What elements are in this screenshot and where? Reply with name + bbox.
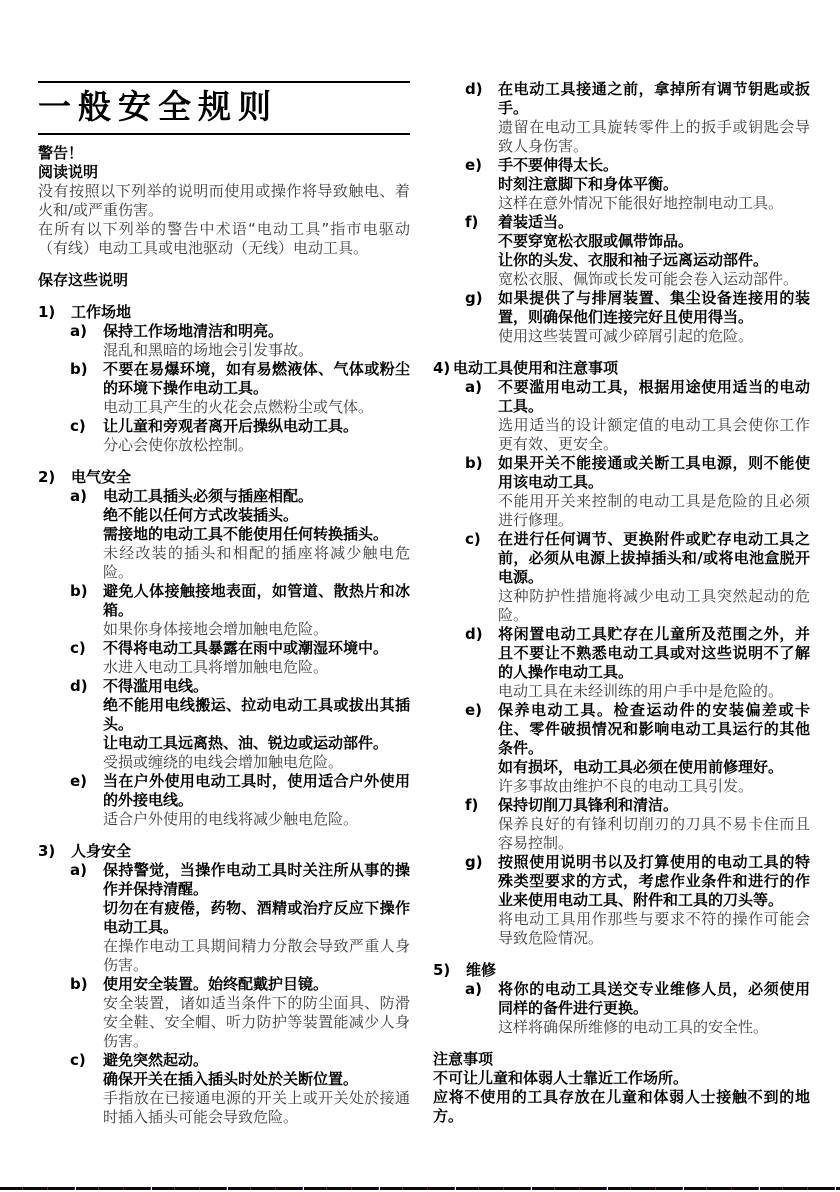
section-title: 电气安全 [71,468,131,487]
item-instruction-line: 不要穿宽松衣服或佩带饰品。 [498,232,810,251]
section-title: 工作场地 [71,303,131,322]
notes-lines: 不可让儿童和体弱人士靠近工作场所。应将不使用的工具存放在儿童和体弱人士接触不到的… [433,1069,810,1126]
list-item: a)不要滥用电动工具，根据用途使用适当的电动工具。选用适当的设计额定值的电动工具… [465,378,810,454]
item-instruction-line: 如果开关不能接通或关断工具电源，则不能使用该电动工具。 [498,454,810,492]
item-body: 将闲置电动工具贮存在儿童所及范围之外，并且不要让不熟悉电动工具或对这些说明不了解… [498,625,810,701]
item-explanation-line: 选用适当的设计额定值的电动工具会使你工作更有效、更安全。 [498,416,810,454]
list-item: a)保持工作场地清洁和明亮。混乱和黑暗的场地会引发事故。 [70,322,410,360]
item-letter: f) [465,796,498,853]
item-explanation-line: 未经改装的插头和相配的插座将减少触电危险。 [103,544,410,582]
item-explanation-line: 在操作电动工具期间精力分散会导致严重人身伤害。 [103,937,410,975]
item-letter: c) [70,1051,103,1127]
list-item: a)保持警觉，当操作电动工具时关注所从事的操作并保持清醒。切勿在有疲倦，药物、酒… [70,861,410,975]
item-body: 按照使用说明书以及打算使用的电动工具的特殊类型要求的方式，考虑作业条件和进行的作… [498,853,810,948]
save-instructions-label: 保存这些说明 [38,271,410,290]
item-explanation-line: 电动工具在未经训练的用户手中是危险的。 [498,682,810,701]
list-item: a)将你的电动工具送交专业维修人员，必须使用同样的备件进行更换。这样将确保所维修… [465,980,810,1037]
section: 2)电气安全a)电动工具插头必须与插座相配。绝不能以任何方式改装插头。需接地的电… [38,468,410,829]
item-body: 当在户外使用电动工具时，使用适合户外使用的外接电线。适合户外使用的电线将减少触电… [103,772,410,829]
item-explanation-line: 这种防护性措施将减少电动工具突然起动的危险。 [498,587,810,625]
item-letter: a) [70,322,103,360]
item-instruction-line: 着装适当。 [498,213,810,232]
item-letter: e) [70,772,103,829]
item-explanation-line: 分心会使你放松控制。 [103,436,410,455]
item-body: 在进行任何调节、更换附件或贮存电动工具之前，必须从电源上拔掉插头和/或将电池盒脱… [498,530,810,625]
item-explanation-line: 这样将确保所维修的电动工具的安全性。 [498,1018,810,1037]
item-instruction-line: 让你的头发、衣服和袖子远离运动部件。 [498,251,810,270]
item-instruction-line: 使用安全装置。始终配戴护目镜。 [103,975,410,994]
notes-title: 注意事项 [433,1050,810,1069]
item-body: 如果提供了与排屑装置、集尘设备连接用的装置，则确保他们连接完好且使用得当。使用这… [498,289,810,346]
item-instruction-line: 切勿在有疲倦，药物、酒精或治疗反应下操作电动工具。 [103,899,410,937]
item-body: 不得滥用电线。绝不能用电线搬运、拉动电动工具或拔出其插头。让电动工具远离热、油、… [103,677,410,772]
item-body: 让儿童和旁观者离开后操纵电动工具。分心会使你放松控制。 [103,417,410,455]
item-body: 使用安全装置。始终配戴护目镜。安全装置，诸如适当条件下的防尘面具、防滑安全鞋、安… [103,975,410,1051]
section-heading: 4)电动工具使用和注意事项 [433,359,810,378]
list-item: f)保持切削刀具锋利和清洁。保养良好的有锋利切削刃的刀具不易卡住而且容易控制。 [465,796,810,853]
item-instruction-line: 保持警觉，当操作电动工具时关注所从事的操作并保持清醒。 [103,861,410,899]
item-instruction-line: 避免突然起动。 [103,1051,410,1070]
section: 5)维修a)将你的电动工具送交专业维修人员，必须使用同样的备件进行更换。这样将确… [433,961,810,1037]
page-bottom-scan-line [0,1187,840,1190]
item-instruction-line: 在电动工具接通之前，拿掉所有调节钥匙或扳手。 [498,80,810,118]
item-letter: b) [465,454,498,530]
list-item: d)不得滥用电线。绝不能用电线搬运、拉动电动工具或拔出其插头。让电动工具远离热、… [70,677,410,772]
item-explanation-line: 遗留在电动工具旋转零件上的扳手或钥匙会导致人身伤害。 [498,118,810,156]
item-explanation-line: 手指放在已接通电源的开关上或开关处於接通时插入插头可能会导致危险。 [103,1089,410,1127]
item-letter: g) [465,853,498,948]
item-instruction-line: 不要滥用电动工具，根据用途使用适当的电动工具。 [498,378,810,416]
list-item: c)让儿童和旁观者离开后操纵电动工具。分心会使你放松控制。 [70,417,410,455]
item-explanation-line: 适合户外使用的电线将减少触电危险。 [103,810,410,829]
section-heading: 1)工作场地 [38,303,410,322]
item-letter: e) [465,156,498,213]
list-item: b)避免人体接触接地表面，如管道、散热片和冰箱。如果你身体接地会增加触电危险。 [70,582,410,639]
item-explanation-line: 如果你身体接地会增加触电危险。 [103,620,410,639]
intro-paragraph: 在所有以下列举的警告中术语“电动工具”指市电驱动（有线）电动工具或电池驱动（无线… [38,220,410,258]
item-instruction-line: 让电动工具远离热、油、锐边或运动部件。 [103,734,410,753]
list-item: f)着装适当。不要穿宽松衣服或佩带饰品。让你的头发、衣服和袖子远离运动部件。宽松… [465,213,810,289]
list-item: c)避免突然起动。确保开关在插入插头时处於关断位置。手指放在已接通电源的开关上或… [70,1051,410,1127]
item-explanation-line: 安全装置，诸如适当条件下的防尘面具、防滑安全鞋、安全帽、听力防护等装置能减少人身… [103,994,410,1051]
item-body: 保养电动工具。检查运动件的安装偏差或卡住、零件破损情况和影响电动工具运行的其他条… [498,701,810,796]
item-explanation-line: 电动工具产生的火花会点燃粉尘或气体。 [103,398,410,417]
item-instruction-line: 如果提供了与排屑装置、集尘设备连接用的装置，则确保他们连接完好且使用得当。 [498,289,810,327]
item-letter: a) [70,487,103,582]
section-title: 人身安全 [71,842,131,861]
item-instruction-line: 不得滥用电线。 [103,677,410,696]
item-instruction-line: 将你的电动工具送交专业维修人员，必须使用同样的备件进行更换。 [498,980,810,1018]
item-instruction-line: 电动工具插头必须与插座相配。 [103,487,410,506]
item-instruction-line: 保养电动工具。检查运动件的安装偏差或卡住、零件破损情况和影响电动工具运行的其他条… [498,701,810,758]
notes-line: 不可让儿童和体弱人士靠近工作场所。 [433,1069,810,1088]
list-item: c)不得将电动工具暴露在雨中或潮湿环境中。水进入电动工具将增加触电危险。 [70,639,410,677]
section: 1)工作场地a)保持工作场地清洁和明亮。混乱和黑暗的场地会引发事故。b)不要在易… [38,303,410,455]
section-heading: 3)人身安全 [38,842,410,861]
item-body: 保持切削刀具锋利和清洁。保养良好的有锋利切削刃的刀具不易卡住而且容易控制。 [498,796,810,853]
item-instruction-line: 需接地的电动工具不能使用任何转换插头。 [103,525,410,544]
section-number: 1) [38,303,71,322]
item-body: 在电动工具接通之前，拿掉所有调节钥匙或扳手。遗留在电动工具旋转零件上的扳手或钥匙… [498,80,810,156]
section-heading: 5)维修 [433,961,810,980]
list-item: g)如果提供了与排屑装置、集尘设备连接用的装置，则确保他们连接完好且使用得当。使… [465,289,810,346]
item-explanation-line: 不能用开关来控制的电动工具是危险的且必须进行修理。 [498,492,810,530]
item-explanation-line: 使用这些装置可减少碎屑引起的危险。 [498,327,810,346]
item-explanation-line: 混乱和黑暗的场地会引发事故。 [103,341,410,360]
title-rule-bottom [38,133,410,135]
item-instruction-line: 让儿童和旁观者离开后操纵电动工具。 [103,417,410,436]
item-letter: d) [70,677,103,772]
list-item: e)当在户外使用电动工具时，使用适合户外使用的外接电线。适合户外使用的电线将减少… [70,772,410,829]
warning-label: 警告！ [38,144,410,163]
item-body: 避免突然起动。确保开关在插入插头时处於关断位置。手指放在已接通电源的开关上或开关… [103,1051,410,1127]
list-item: b)如果开关不能接通或关断工具电源，则不能使用该电动工具。不能用开关来控制的电动… [465,454,810,530]
item-explanation-line: 这样在意外情况下能很好地控制电动工具。 [498,194,810,213]
item-body: 保持工作场地清洁和明亮。混乱和黑暗的场地会引发事故。 [103,322,410,360]
section: d)在电动工具接通之前，拿掉所有调节钥匙或扳手。遗留在电动工具旋转零件上的扳手或… [433,80,810,346]
manual-page: { "doc": { "title": "一般安全规则", "warning":… [0,0,840,1192]
list-item: e)保养电动工具。检查运动件的安装偏差或卡住、零件破损情况和影响电动工具运行的其… [465,701,810,796]
section-number: 2) [38,468,71,487]
item-body: 不要在易爆环境，如有易燃液体、气体或粉尘的环境下操作电动工具。电动工具产生的火花… [103,360,410,417]
item-instruction-line: 当在户外使用电动工具时，使用适合户外使用的外接电线。 [103,772,410,810]
item-instruction-line: 保持工作场地清洁和明亮。 [103,322,410,341]
list-item: b)使用安全装置。始终配戴护目镜。安全装置，诸如适当条件下的防尘面具、防滑安全鞋… [70,975,410,1051]
left-column: 一般安全规则 警告！ 阅读说明 没有按照以下列举的说明而使用或操作将导致触电、着… [38,69,410,1127]
item-instruction-line: 绝不能用电线搬运、拉动电动工具或拔出其插头。 [103,696,410,734]
item-explanation-line: 宽松衣服、佩饰或长发可能会卷入运动部件。 [498,270,810,289]
section-number: 3) [38,842,71,861]
list-item: b)不要在易爆环境，如有易燃液体、气体或粉尘的环境下操作电动工具。电动工具产生的… [70,360,410,417]
item-letter: c) [465,530,498,625]
item-body: 将你的电动工具送交专业维修人员，必须使用同样的备件进行更换。这样将确保所维修的电… [498,980,810,1037]
left-sections: 1)工作场地a)保持工作场地清洁和明亮。混乱和黑暗的场地会引发事故。b)不要在易… [38,303,410,1127]
title-block: 一般安全规则 [38,81,410,135]
item-instruction-line: 按照使用说明书以及打算使用的电动工具的特殊类型要求的方式，考虑作业条件和进行的作… [498,853,810,910]
item-instruction-line: 手不要伸得太长。 [498,156,810,175]
item-explanation-line: 保养良好的有锋利切削刃的刀具不易卡住而且容易控制。 [498,815,810,853]
item-letter: d) [465,625,498,701]
item-body: 不要滥用电动工具，根据用途使用适当的电动工具。选用适当的设计额定值的电动工具会使… [498,378,810,454]
item-instruction-line: 时刻注意脚下和身体平衡。 [498,175,810,194]
page-title: 一般安全规则 [38,88,410,126]
item-body: 手不要伸得太长。时刻注意脚下和身体平衡。这样在意外情况下能很好地控制电动工具。 [498,156,810,213]
item-instruction-line: 如有损坏，电动工具必须在使用前修理好。 [498,758,810,777]
list-item: c)在进行任何调节、更换附件或贮存电动工具之前，必须从电源上拔掉插头和/或将电池… [465,530,810,625]
intro-paragraph: 没有按照以下列举的说明而使用或操作将导致触电、着火和/或严重伤害。 [38,182,410,220]
item-body: 不得将电动工具暴露在雨中或潮湿环境中。水进入电动工具将增加触电危险。 [103,639,410,677]
item-instruction-line: 将闲置电动工具贮存在儿童所及范围之外，并且不要让不熟悉电动工具或对这些说明不了解… [498,625,810,682]
item-instruction-line: 确保开关在插入插头时处於关断位置。 [103,1070,410,1089]
item-letter: d) [465,80,498,156]
item-letter: g) [465,289,498,346]
section-title: 电动工具使用和注意事项 [453,359,618,378]
list-item: a)电动工具插头必须与插座相配。绝不能以任何方式改装插头。需接地的电动工具不能使… [70,487,410,582]
title-rule-top [38,81,410,83]
intro-paragraphs: 没有按照以下列举的说明而使用或操作将导致触电、着火和/或严重伤害。在所有以下列举… [38,182,410,258]
item-body: 电动工具插头必须与插座相配。绝不能以任何方式改装插头。需接地的电动工具不能使用任… [103,487,410,582]
right-sections: d)在电动工具接通之前，拿掉所有调节钥匙或扳手。遗留在电动工具旋转零件上的扳手或… [433,80,810,1037]
section-title: 维修 [466,961,496,980]
item-instruction-line: 不得将电动工具暴露在雨中或潮湿环境中。 [103,639,410,658]
item-explanation-line: 水进入电动工具将增加触电危险。 [103,658,410,677]
item-letter: b) [70,975,103,1051]
item-letter: b) [70,360,103,417]
warning-block: 警告！ 阅读说明 没有按照以下列举的说明而使用或操作将导致触电、着火和/或严重伤… [38,144,410,258]
item-letter: c) [70,417,103,455]
item-body: 避免人体接触接地表面，如管道、散热片和冰箱。如果你身体接地会增加触电危险。 [103,582,410,639]
item-instruction-line: 绝不能以任何方式改装插头。 [103,506,410,525]
item-instruction-line: 保持切削刀具锋利和清洁。 [498,796,810,815]
item-letter: f) [465,213,498,289]
item-letter: a) [465,378,498,454]
list-item: d)将闲置电动工具贮存在儿童所及范围之外，并且不要让不熟悉电动工具或对这些说明不… [465,625,810,701]
item-letter: b) [70,582,103,639]
item-instruction-line: 在进行任何调节、更换附件或贮存电动工具之前，必须从电源上拔掉插头和/或将电池盒脱… [498,530,810,587]
right-column: d)在电动工具接通之前，拿掉所有调节钥匙或扳手。遗留在电动工具旋转零件上的扳手或… [433,80,810,1126]
item-instruction-line: 不要在易爆环境，如有易燃液体、气体或粉尘的环境下操作电动工具。 [103,360,410,398]
item-letter: a) [465,980,498,1037]
notes-block: 注意事项 不可让儿童和体弱人士靠近工作场所。应将不使用的工具存放在儿童和体弱人士… [433,1050,810,1126]
item-body: 如果开关不能接通或关断工具电源，则不能使用该电动工具。不能用开关来控制的电动工具… [498,454,810,530]
item-instruction-line: 避免人体接触接地表面，如管道、散热片和冰箱。 [103,582,410,620]
item-explanation-line: 将电动工具用作那些与要求不符的操作可能会导致危险情况。 [498,910,810,948]
list-item: d)在电动工具接通之前，拿掉所有调节钥匙或扳手。遗留在电动工具旋转零件上的扳手或… [465,80,810,156]
list-item: e)手不要伸得太长。时刻注意脚下和身体平衡。这样在意外情况下能很好地控制电动工具… [465,156,810,213]
item-explanation-line: 受损或缠绕的电线会增加触电危险。 [103,753,410,772]
section: 3)人身安全a)保持警觉，当操作电动工具时关注所从事的操作并保持清醒。切勿在有疲… [38,842,410,1127]
item-letter: c) [70,639,103,677]
notes-line: 应将不使用的工具存放在儿童和体弱人士接触不到的地方。 [433,1088,810,1126]
section-number: 4) [433,359,453,378]
section-heading: 2)电气安全 [38,468,410,487]
item-body: 着装适当。不要穿宽松衣服或佩带饰品。让你的头发、衣服和袖子远离运动部件。宽松衣服… [498,213,810,289]
item-explanation-line: 许多事故由维护不良的电动工具引发。 [498,777,810,796]
read-instructions-label: 阅读说明 [38,163,410,182]
list-item: g)按照使用说明书以及打算使用的电动工具的特殊类型要求的方式，考虑作业条件和进行… [465,853,810,948]
section: 4)电动工具使用和注意事项a)不要滥用电动工具，根据用途使用适当的电动工具。选用… [433,359,810,948]
section-number: 5) [433,961,466,980]
item-body: 保持警觉，当操作电动工具时关注所从事的操作并保持清醒。切勿在有疲倦，药物、酒精或… [103,861,410,975]
item-letter: e) [465,701,498,796]
item-letter: a) [70,861,103,975]
